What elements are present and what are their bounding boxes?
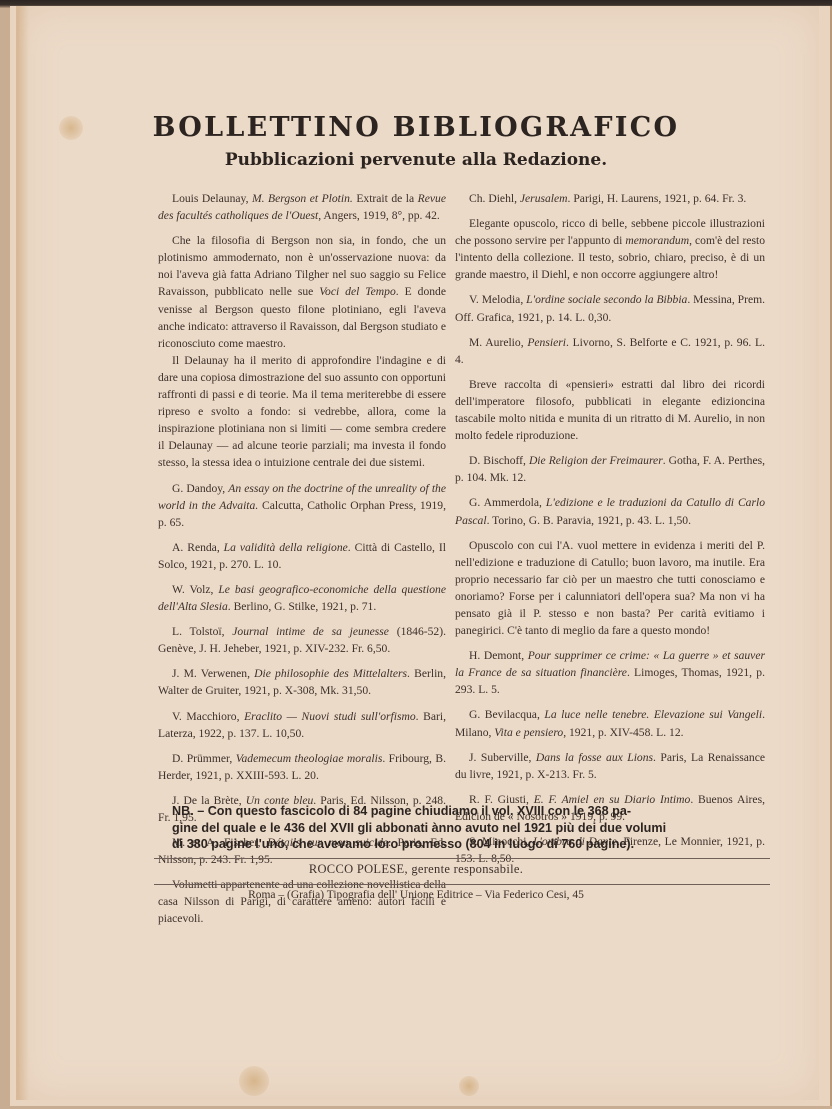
bibliography-entry: G. Dandoy, An essay on the doctrine of t… xyxy=(158,480,446,531)
bibliography-entry: J. Suberville, Dans la fosse aux Lions. … xyxy=(455,749,765,783)
divider xyxy=(154,884,770,885)
review-paragraph: Che la filosofia di Bergson non sia, in … xyxy=(158,232,446,352)
nb-notice: NB. – Con questo fascicolo di 84 pagine … xyxy=(172,803,770,853)
responsible-manager: ROCCO POLESE, gerente responsabile. xyxy=(0,862,832,877)
bibliography-entry: L. Tolstoï, Journal intime de sa jeuness… xyxy=(158,623,446,657)
review-paragraph: Il Delaunay ha il merito di approfondire… xyxy=(158,352,446,472)
bibliography-entry: V. Macchioro, Eraclito — Nuovi studi sul… xyxy=(158,708,446,742)
foxing-stain xyxy=(459,1076,479,1096)
bibliography-entry: D. Prümmer, Vademecum theologiae moralis… xyxy=(158,750,446,784)
nb-line: NB. – Con questo fascicolo di 84 pagine … xyxy=(172,803,770,820)
bibliography-entry: A. Renda, La validità della religione. C… xyxy=(158,539,446,573)
bibliography-entry: V. Melodia, L'ordine sociale secondo la … xyxy=(455,291,765,325)
review-paragraph: Breve raccolta di «pensieri» estratti da… xyxy=(455,376,765,444)
bibliography-entry: H. Demont, Pour supprimer ce crime: « La… xyxy=(455,647,765,698)
bibliography-entry: W. Volz, Le basi geografico-economiche d… xyxy=(158,581,446,615)
printer-imprint: Roma – (Grafia) Tipografia dell' Unione … xyxy=(0,889,832,901)
nb-line: di 380 pagine l'uno, che avevamo loro pr… xyxy=(172,836,770,853)
bibliography-entry: G. Ammerdola, L'edizione e le traduzioni… xyxy=(455,494,765,528)
nb-line: gine del quale e le 436 del XVII gli abb… xyxy=(172,820,770,837)
review-paragraph: Opuscolo con cui l'A. vuol mettere in ev… xyxy=(455,537,765,640)
bibliography-entry: M. Aurelio, Pensieri. Livorno, S. Belfor… xyxy=(455,334,765,368)
divider xyxy=(154,858,770,859)
page-subtitle: Pubblicazioni pervenute alla Redazione. xyxy=(0,150,832,170)
bibliography-entry: D. Bischoff, Die Religion der Freimaurer… xyxy=(455,452,765,486)
right-column: Ch. Diehl, Jerusalem. Parigi, H. Laurens… xyxy=(455,190,765,875)
bibliography-entry: J. M. Verwenen, Die philosophie des Mitt… xyxy=(158,665,446,699)
page-title: BOLLETTINO BIBLIOGRAFICO xyxy=(0,112,832,143)
review-paragraph: Elegante opuscolo, ricco di belle, sebbe… xyxy=(455,215,765,283)
bibliography-entry: Louis Delaunay, M. Bergson et Plotin. Ex… xyxy=(158,190,446,224)
bibliography-entry: Ch. Diehl, Jerusalem. Parigi, H. Laurens… xyxy=(455,190,765,207)
bibliography-entry: G. Bevilacqua, La luce nelle tenebre. El… xyxy=(455,706,765,740)
foxing-stain xyxy=(239,1066,269,1096)
